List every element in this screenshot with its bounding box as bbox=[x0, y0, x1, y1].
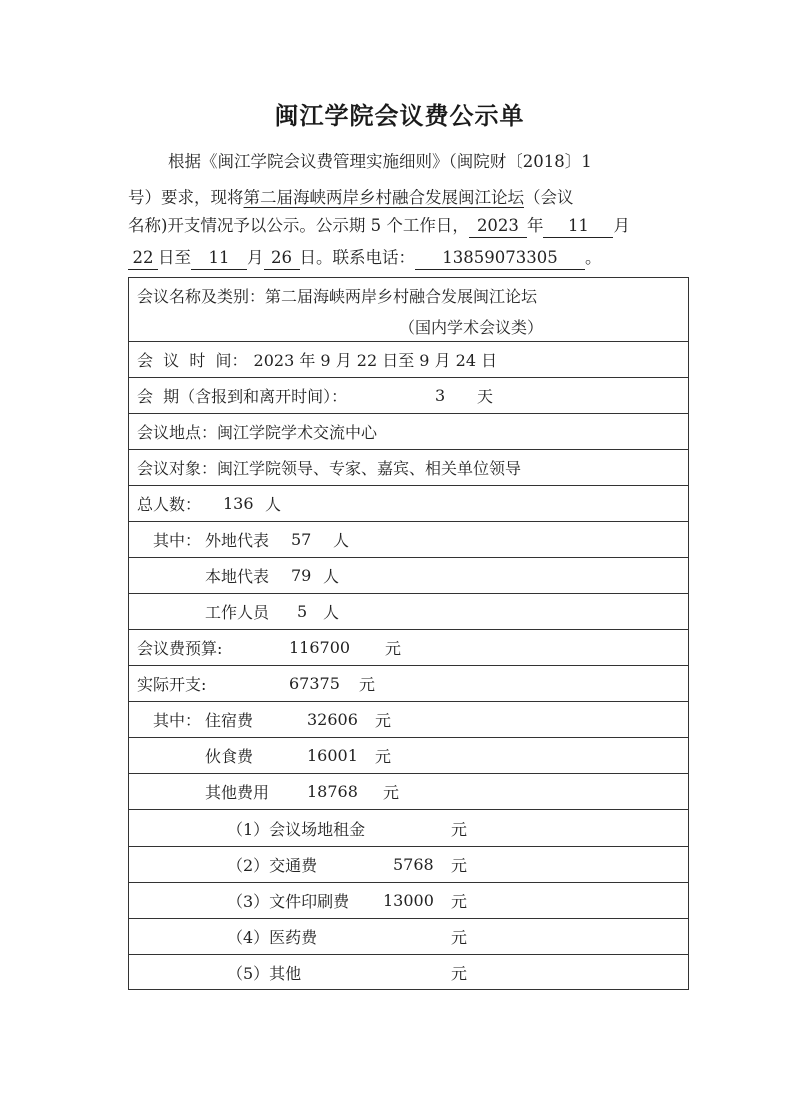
intro-line-4: 22日至11月26日。联系电话：13859073305。 bbox=[128, 240, 602, 276]
yuan-unit: 元 bbox=[383, 780, 399, 803]
yuan-unit: 元 bbox=[451, 925, 467, 948]
row-meeting-time: 会 议 时 间：2023 年 9 月 22 日至 9 月 24 日 bbox=[129, 342, 688, 378]
intro-line-3: 名称)开支情况予以公示。公示期 5 个工作日，2023年11月 bbox=[128, 208, 630, 244]
meeting-name-value: 第二届海峡两岸乡村融合发展闽江论坛 bbox=[265, 284, 537, 307]
duration-value: 3 bbox=[435, 386, 445, 405]
meeting-time-value: 2023 年 9 月 22 日至 9 月 24 日 bbox=[254, 348, 498, 371]
yuan-unit: 元 bbox=[451, 853, 467, 876]
yuan-unit: 元 bbox=[451, 889, 467, 912]
month-label-2: 月 bbox=[247, 248, 264, 267]
other-item-value: 13000 bbox=[383, 891, 434, 910]
row-actual: 实际开支: 67375 元 bbox=[129, 666, 688, 702]
intro-line-1: 根据《闽江学院会议费管理实施细则》（闽院财〔2018〕1 bbox=[168, 144, 592, 180]
expense-label: 伙食费 bbox=[205, 744, 253, 767]
row-meeting-name: 会议名称及类别：第二届海峡两岸乡村融合发展闽江论坛 （国内学术会议类） bbox=[129, 278, 688, 342]
person-unit: 人 bbox=[323, 564, 339, 587]
start-day-field: 22 bbox=[128, 245, 158, 270]
year-label: 年 bbox=[527, 216, 544, 235]
budget-value: 116700 bbox=[289, 638, 350, 657]
expense-value: 18768 bbox=[307, 782, 358, 801]
other-item-label: （2）交通费 bbox=[227, 853, 317, 876]
intro-text-3: 名称)开支情况予以公示。公示期 5 个工作日， bbox=[128, 216, 469, 235]
other-item-label: （4）医药费 bbox=[227, 925, 317, 948]
people-value: 79 bbox=[291, 566, 311, 585]
venue-value: 闽江学院学术交流中心 bbox=[217, 420, 377, 443]
actual-label: 实际开支: bbox=[137, 672, 206, 695]
total-value: 136 bbox=[223, 494, 254, 513]
expense-label: 其他费用 bbox=[205, 780, 269, 803]
of-which-label: 其中： bbox=[153, 708, 201, 731]
row-people-1: 其中： 外地代表 57 人 bbox=[129, 522, 688, 558]
intro-text-2a: 号）要求，现将 bbox=[128, 188, 244, 207]
yuan-unit: 元 bbox=[385, 636, 401, 659]
row-total-people: 总人数： 136 人 bbox=[129, 486, 688, 522]
row-other-5: （5）其他 元 bbox=[129, 955, 688, 989]
meeting-category: （国内学术会议类） bbox=[399, 315, 543, 338]
expense-value: 16001 bbox=[307, 746, 358, 765]
other-item-label: （5）其他 bbox=[227, 961, 301, 984]
phone-field: 13859073305 bbox=[415, 245, 585, 270]
person-unit: 人 bbox=[265, 492, 281, 515]
row-other-3: （3）文件印刷费 13000 元 bbox=[129, 883, 688, 919]
row-other-2: （2）交通费 5768 元 bbox=[129, 847, 688, 883]
expense-value: 32606 bbox=[307, 710, 358, 729]
other-item-label: （1）会议场地租金 bbox=[227, 817, 365, 840]
venue-label: 会议地点： bbox=[137, 420, 217, 443]
people-label: 外地代表 bbox=[205, 528, 269, 551]
row-people-2: 本地代表 79 人 bbox=[129, 558, 688, 594]
row-venue: 会议地点：闽江学院学术交流中心 bbox=[129, 414, 688, 450]
day-to-label: 日至 bbox=[158, 248, 191, 267]
end-month-field: 11 bbox=[191, 245, 247, 270]
budget-label: 会议费预算: bbox=[137, 636, 222, 659]
attendees-value: 闽江学院领导、专家、嘉宾、相关单位领导 bbox=[217, 456, 521, 479]
intro-text-1: 根据《闽江学院会议费管理实施细则》（闽院财〔2018〕1 bbox=[168, 152, 592, 171]
row-budget: 会议费预算: 116700 元 bbox=[129, 630, 688, 666]
of-which-label: 其中： bbox=[153, 528, 201, 551]
yuan-unit: 元 bbox=[451, 961, 467, 984]
yuan-unit: 元 bbox=[359, 672, 375, 695]
contact-label: 日。联系电话： bbox=[300, 248, 416, 267]
person-unit: 人 bbox=[323, 600, 339, 623]
yuan-unit: 元 bbox=[375, 744, 391, 767]
duration-label: 会 期（含报到和离开时间）： bbox=[137, 384, 347, 407]
row-duration: 会 期（含报到和离开时间）： 3 天 bbox=[129, 378, 688, 414]
row-people-3: 工作人员 5 人 bbox=[129, 594, 688, 630]
people-label: 本地代表 bbox=[205, 564, 269, 587]
intro-meeting-name: 第二届海峡两岸乡村融合发展闽江论坛 bbox=[244, 188, 525, 207]
yuan-unit: 元 bbox=[375, 708, 391, 731]
duration-unit: 天 bbox=[477, 384, 493, 407]
actual-value: 67375 bbox=[289, 674, 340, 693]
page-title: 闽江学院会议费公示单 bbox=[0, 96, 799, 131]
other-item-label: （3）文件印刷费 bbox=[227, 889, 349, 912]
attendees-label: 会议对象： bbox=[137, 456, 217, 479]
period: 。 bbox=[585, 248, 602, 267]
expense-label: 住宿费 bbox=[205, 708, 253, 731]
month-label: 月 bbox=[613, 216, 630, 235]
people-value: 57 bbox=[291, 530, 311, 549]
meeting-name-label: 会议名称及类别： bbox=[137, 284, 265, 307]
total-label: 总人数： bbox=[137, 492, 201, 515]
row-other-1: （1）会议场地租金 元 bbox=[129, 810, 688, 847]
start-year-field: 2023 bbox=[469, 213, 527, 238]
person-unit: 人 bbox=[333, 528, 349, 551]
row-expense-1: 其中： 住宿费 32606 元 bbox=[129, 702, 688, 738]
people-value: 5 bbox=[297, 602, 307, 621]
other-item-value: 5768 bbox=[393, 855, 434, 874]
expense-table: 会议名称及类别：第二届海峡两岸乡村融合发展闽江论坛 （国内学术会议类） 会 议 … bbox=[128, 277, 689, 990]
yuan-unit: 元 bbox=[451, 817, 467, 840]
intro-text-2b: （会议 bbox=[524, 188, 574, 207]
row-attendees: 会议对象：闽江学院领导、专家、嘉宾、相关单位领导 bbox=[129, 450, 688, 486]
start-month-field: 11 bbox=[543, 213, 613, 238]
meeting-time-label: 会 议 时 间： bbox=[137, 348, 248, 371]
people-label: 工作人员 bbox=[205, 600, 269, 623]
end-day-field: 26 bbox=[264, 245, 300, 270]
row-expense-2: 伙食费 16001 元 bbox=[129, 738, 688, 774]
row-expense-3: 其他费用 18768 元 bbox=[129, 774, 688, 810]
row-other-4: （4）医药费 元 bbox=[129, 919, 688, 955]
